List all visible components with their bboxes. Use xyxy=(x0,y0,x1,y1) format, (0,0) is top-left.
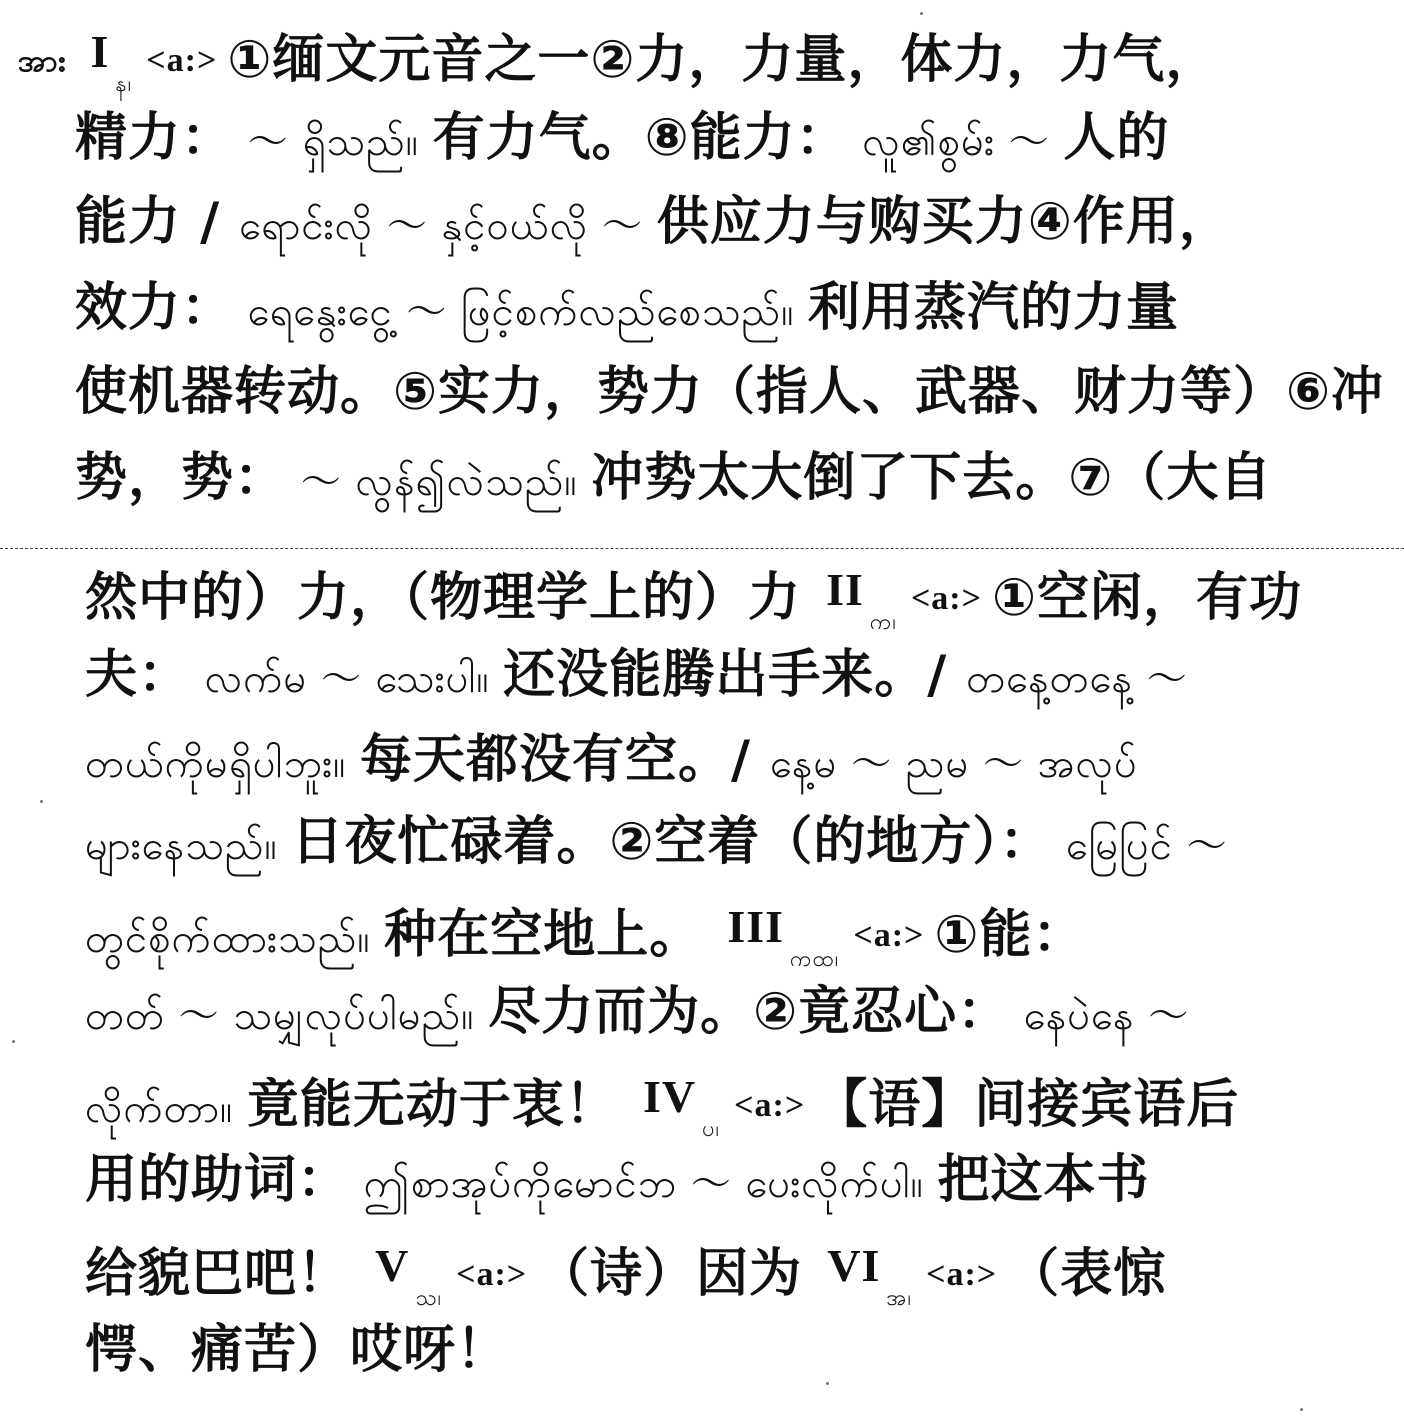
burmese-example-text: ဤစာအုပ်ကိုမောင်ဘ ～ ပေးလိုက်ပါ။ xyxy=(350,1161,937,1207)
chinese-definition-text: 效力： xyxy=(75,278,234,338)
entry-line: 势，势： ～ လွန်၍လဲသည်။ 冲势太大倒了下去。⑦（大自 xyxy=(75,448,1272,532)
chinese-definition-text: 人的 xyxy=(1063,108,1169,168)
burmese-example-text: နေ့မ ～ ညမ ～ အလုပ် xyxy=(770,741,1138,787)
chinese-definition-text: 种在空地上。 xyxy=(384,905,721,965)
burmese-example-text: မြေပြင် ～ xyxy=(1052,823,1227,869)
entry-line: 夫： လက်မ ～ သေးပါ။ 还没能腾出手来。/ တနေ့တနေ့ ～ xyxy=(85,645,1188,729)
chinese-definition-text: 有力气。⑧能力： xyxy=(433,108,849,168)
phonetic-transcription: <a:> xyxy=(734,1087,805,1124)
chinese-definition-text: 势，势： xyxy=(75,448,287,508)
entry-line: 用的助词： ဤစာအုပ်ကိုမောင်ဘ ～ ပေးလိုက်ပါ။ 把这本… xyxy=(85,1150,1149,1234)
chinese-definition-text: 夫： xyxy=(85,645,191,705)
chinese-definition-text: 利用蒸汽的力量 xyxy=(808,278,1179,338)
entry-line: 使机器转动。⑤实力，势力（指人、武器、财力等）⑥冲 xyxy=(75,362,1384,446)
scan-speck xyxy=(1300,1408,1303,1411)
chinese-definition-text: 尽力而为。②竟忍心： xyxy=(488,982,1010,1042)
chinese-definition-text: 能力 / xyxy=(75,192,239,252)
chinese-definition-text: 愕、痛苦）哎呀！ xyxy=(85,1320,509,1380)
chinese-definition-text: （诗）因为 xyxy=(537,1244,821,1304)
sense-roman-numeral: V xyxy=(375,1240,409,1291)
chinese-definition-text: 把这本书 xyxy=(937,1150,1149,1210)
burmese-example-text: ရောင်းလို ～ နှင့်ဝယ်လို ～ xyxy=(239,203,656,249)
entry-line: 愕、痛苦）哎呀！ xyxy=(85,1320,509,1404)
phonetic-transcription: <a:> xyxy=(146,42,217,79)
chinese-definition-text: 每天都没有空。/ xyxy=(360,730,770,790)
entry-line: 能力 / ရောင်းလို ～ နှင့်ဝယ်လို ～ 供应力与购买力④作… xyxy=(75,192,1232,276)
phonetic-transcription: <a:> xyxy=(456,1256,527,1293)
entry-line: တွင်စိုက်ထားသည်။ 种在空地上。 IIIကထ၊<a:>①能： xyxy=(85,897,1085,981)
scan-speck xyxy=(12,1040,15,1043)
entry-line: များနေသည်။ 日夜忙碌着。②空着（的地方）： မြေပြင် ～ xyxy=(85,812,1228,896)
burmese-example-text: တနေ့တနေ့ ～ xyxy=(966,656,1187,702)
entry-line: 效力： ရေနွေးငွေ့ ～ ဖြင့်စက်လည်စေသည်။ 利用蒸汽的… xyxy=(75,278,1179,362)
headword-burmese: အား xyxy=(18,44,67,79)
chinese-definition-text: 日夜忙碌着。②空着（的地方）： xyxy=(291,812,1052,872)
scan-speck xyxy=(40,800,43,803)
part-of-speech-marker: န၊ xyxy=(115,72,132,97)
burmese-example-text: တတ် ～ သမျှလုပ်ပါမည်။ xyxy=(85,993,488,1039)
burmese-example-text: ～ ရှိသည်။ xyxy=(234,119,433,165)
chinese-definition-text: 供应力与购买力④作用， xyxy=(657,192,1232,252)
chinese-definition-text: 然中的）力，（物理学上的）力 xyxy=(85,568,820,628)
chinese-definition-text: 精力： xyxy=(75,108,234,168)
phonetic-transcription: <a:> xyxy=(853,917,924,954)
burmese-example-text: လူ၏စွမ်း ～ xyxy=(849,119,1064,165)
chinese-definition-text: 竟能无动于衷！ xyxy=(247,1075,637,1135)
chinese-definition-text: 冲势太大倒了下去。⑦（大自 xyxy=(591,448,1272,508)
sense-roman-numeral: I xyxy=(91,26,110,77)
chinese-definition-text: ①空闲，有功 xyxy=(992,568,1302,628)
burmese-example-text: ～ လွန်၍လဲသည်။ xyxy=(287,459,591,505)
scan-speck xyxy=(920,12,923,15)
burmese-example-text: များနေသည်။ xyxy=(85,823,291,869)
part-of-speech-marker: ကထ၊ xyxy=(790,947,839,972)
entry-line: လိုက်တာ။ 竟能无动于衷！ IVပ၊<a:>【语】间接宾语后 xyxy=(85,1067,1239,1151)
entry-line: 精力： ～ ရှိသည်။ 有力气。⑧能力： လူ၏စွမ်း ～ 人的 xyxy=(75,108,1169,192)
burmese-example-text: လက်မ ～ သေးပါ။ xyxy=(191,656,503,702)
sense-roman-numeral: II xyxy=(826,564,864,615)
part-of-speech-marker: က၊ xyxy=(870,610,897,635)
burmese-example-text: ရေနွေးငွေ့ ～ ဖြင့်စက်လည်စေသည်။ xyxy=(234,289,808,335)
part-of-speech-marker: သ၊ xyxy=(415,1286,442,1311)
entry-line: 然中的）力，（物理学上的）力 IIက၊<a:>①空闲，有功 xyxy=(85,560,1302,644)
chinese-definition-text: 【语】间接宾语后 xyxy=(815,1075,1239,1135)
chinese-definition-text: ①缅文元音之一②力，力量，体力，力气， xyxy=(227,30,1218,90)
entry-line: 给貌巴吧！ Vသ၊<a:>（诗）因为 VIအ၊<a:>（表惊 xyxy=(85,1236,1166,1320)
burmese-example-text: လိုက်တာ။ xyxy=(85,1086,247,1132)
page-cut-divider xyxy=(0,548,1404,549)
sense-roman-numeral: IV xyxy=(643,1071,696,1122)
phonetic-transcription: <a:> xyxy=(911,580,982,617)
phonetic-transcription: <a:> xyxy=(926,1256,997,1293)
chinese-definition-text: （表惊 xyxy=(1007,1244,1166,1304)
part-of-speech-marker: အ၊ xyxy=(886,1286,912,1311)
chinese-definition-text: 还没能腾出手来。/ xyxy=(503,645,966,705)
sense-roman-numeral: III xyxy=(727,901,784,952)
burmese-example-text: တယ်ကိုမရှိပါဘူး။ xyxy=(85,741,360,787)
chinese-definition-text: 使机器转动。⑤实力，势力（指人、武器、财力等）⑥冲 xyxy=(75,362,1384,422)
chinese-definition-text: 用的助词： xyxy=(85,1150,350,1210)
part-of-speech-marker: ပ၊ xyxy=(702,1117,720,1142)
sense-roman-numeral: VI xyxy=(827,1240,880,1291)
chinese-definition-text: ①能： xyxy=(934,905,1085,965)
entry-line: တတ် ～ သမျှလုပ်ပါမည်။ 尽力而为。②竟忍心： နေပဲနေ ～ xyxy=(85,982,1189,1066)
burmese-example-text: နေပဲနေ ～ xyxy=(1010,993,1189,1039)
chinese-definition-text: 给貌巴吧！ xyxy=(85,1244,369,1304)
entry-line: အားIန၊<a:>①缅文元音之一②力，力量，体力，力气， xyxy=(18,22,1218,106)
burmese-example-text: တွင်စိုက်ထားသည်။ xyxy=(85,916,384,962)
scan-speck xyxy=(826,1382,829,1385)
entry-line: တယ်ကိုမရှိပါဘူး။ 每天都没有空。/ နေ့မ ～ ညမ ～ အလ… xyxy=(85,730,1138,814)
